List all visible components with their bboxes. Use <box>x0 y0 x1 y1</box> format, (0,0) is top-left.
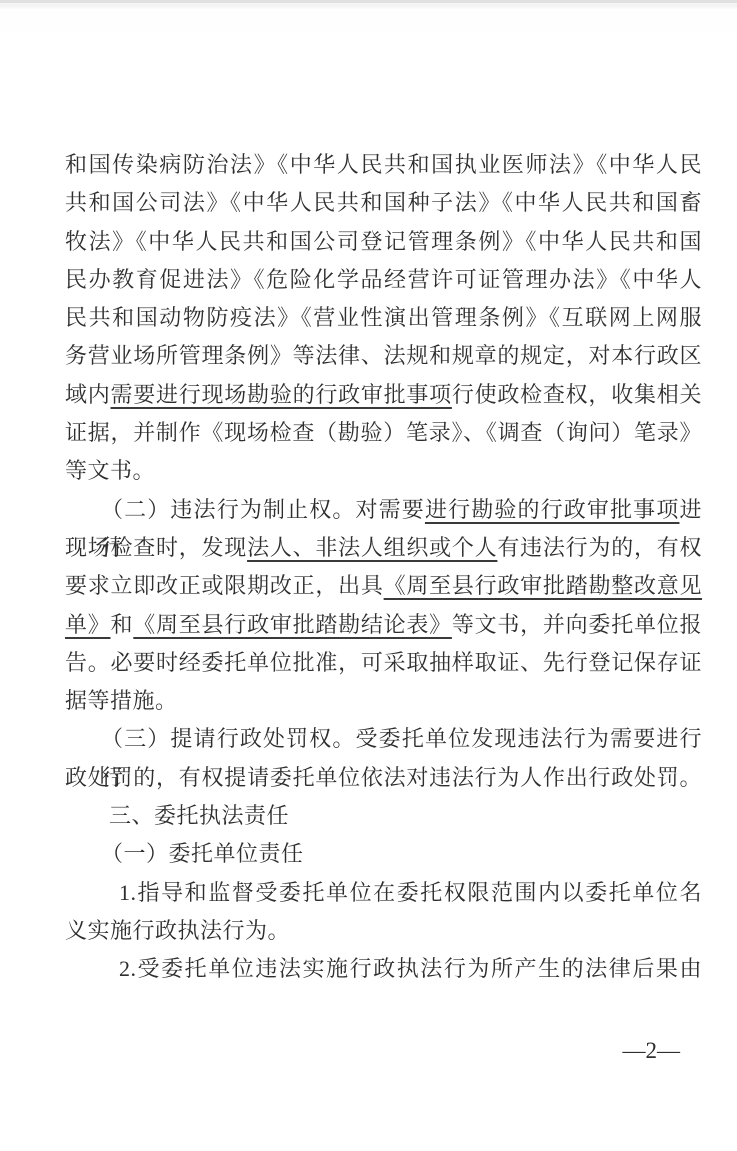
underlined-text-segment: 《周至县行政审批踏勘整改意见 <box>384 573 702 598</box>
underlined-text-segment: 单》 <box>65 612 111 637</box>
text-segment: （一）委托单位责任 <box>101 841 304 866</box>
text-segment: 2.受委托单位违法实施行政执法行为所产生的法律后果由 <box>119 956 702 981</box>
document-page: 和国传染病防治法》《中华人民共和国执业医师法》《中华人民共和国公司法》《中华人民… <box>0 0 737 1151</box>
text-segment: 和 <box>111 612 134 637</box>
document-line: 务营业场所管理条例》等法律、法规和规章的规定，对本行政区 <box>65 337 702 375</box>
text-segment: 三、委托执法责任 <box>109 803 289 828</box>
text-segment: 牧法》《中华人民共和国公司登记管理条例》《中华人民共和国 <box>65 229 702 254</box>
text-segment: 等文书，并向委托单位报 <box>452 612 702 637</box>
scan-top-edge <box>0 0 737 10</box>
text-segment: 务营业场所管理条例》等法律、法规和规章的规定，对本行政区 <box>65 343 702 368</box>
text-segment: 有违法行为的，有权 <box>497 535 702 560</box>
text-segment: 义实施行政执法行为。 <box>65 918 290 943</box>
document-line: 1.指导和监督受委托单位在委托权限范围内以委托单位名 <box>65 874 702 912</box>
underlined-text-segment: 《周至县行政审批踏勘结论表》 <box>133 612 452 637</box>
text-segment: 告。必要时经委托单位批准，可采取抽样取证、先行登记保存证 <box>65 650 702 675</box>
underlined-text-segment: 进行勘验的行政审批事项 <box>425 497 680 522</box>
text-segment: 行使政检查权，收集相关 <box>452 382 702 407</box>
document-line: 三、委托执法责任 <box>65 797 702 835</box>
underlined-text-segment: 法人、非法人组织或个人 <box>247 535 497 560</box>
text-segment: 要求立即改正或限期改正，出具 <box>65 573 384 598</box>
document-line: 域内需要进行现场勘验的行政审批事项行使政检查权，收集相关 <box>65 376 702 414</box>
document-line: 义实施行政执法行为。 <box>65 912 702 950</box>
text-segment: 域内 <box>65 382 111 407</box>
document-line: 证据，并制作《现场检查（勘验）笔录》、《调查（询问）笔录》 <box>65 414 702 452</box>
document-text-block: 和国传染病防治法》《中华人民共和国执业医师法》《中华人民共和国公司法》《中华人民… <box>65 146 702 989</box>
document-line: 等文书。 <box>65 452 702 490</box>
text-segment: 和国传染病防治法》《中华人民共和国执业医师法》《中华人民 <box>65 152 702 177</box>
text-segment: 民办教育促进法》《危险化学品经营许可证管理办法》《中华人 <box>65 267 702 292</box>
page-number: —2— <box>623 1038 681 1064</box>
document-line: 和国传染病防治法》《中华人民共和国执业医师法》《中华人民 <box>65 146 702 184</box>
document-line: 民共和国动物防疫法》《营业性演出管理条例》《互联网上网服 <box>65 299 702 337</box>
document-line: 现场检查时，发现法人、非法人组织或个人有违法行为的，有权 <box>65 529 702 567</box>
text-segment: 证据，并制作《现场检查（勘验）笔录》、《调查（询问）笔录》 <box>65 420 702 445</box>
document-line: 据等措施。 <box>65 682 702 720</box>
document-line: 单》和《周至县行政审批踏勘结论表》等文书，并向委托单位报 <box>65 606 702 644</box>
text-segment: 据等措施。 <box>65 688 178 713</box>
document-line: （一）委托单位责任 <box>65 835 702 873</box>
underlined-text-segment: 需要进行现场勘验的行政审批事项 <box>111 382 452 407</box>
document-line: 共和国公司法》《中华人民共和国种子法》《中华人民共和国畜 <box>65 184 702 222</box>
document-line: 2.受委托单位违法实施行政执法行为所产生的法律后果由 <box>65 950 702 988</box>
text-segment: 现场检查时，发现 <box>65 535 247 560</box>
document-line: （二）违法行为制止权。对需要进行勘验的行政审批事项进行 <box>65 491 702 529</box>
text-segment: 民共和国动物防疫法》《营业性演出管理条例》《互联网上网服 <box>65 305 702 330</box>
text-segment: 政处罚的，有权提请委托单位依法对违法行为人作出行政处罚。 <box>65 765 702 790</box>
document-line: 要求立即改正或限期改正，出具《周至县行政审批踏勘整改意见 <box>65 567 702 605</box>
text-segment: 共和国公司法》《中华人民共和国种子法》《中华人民共和国畜 <box>65 190 702 215</box>
document-line: （三）提请行政处罚权。受委托单位发现违法行为需要进行行 <box>65 720 702 758</box>
text-segment: 等文书。 <box>65 458 155 483</box>
document-line: 政处罚的，有权提请委托单位依法对违法行为人作出行政处罚。 <box>65 759 702 797</box>
text-segment: 1.指导和监督受委托单位在委托权限范围内以委托单位名 <box>119 880 702 905</box>
document-line: 告。必要时经委托单位批准，可采取抽样取证、先行登记保存证 <box>65 644 702 682</box>
document-line: 牧法》《中华人民共和国公司登记管理条例》《中华人民共和国 <box>65 223 702 261</box>
text-segment: （二）违法行为制止权。对需要 <box>101 497 425 522</box>
document-line: 民办教育促进法》《危险化学品经营许可证管理办法》《中华人 <box>65 261 702 299</box>
